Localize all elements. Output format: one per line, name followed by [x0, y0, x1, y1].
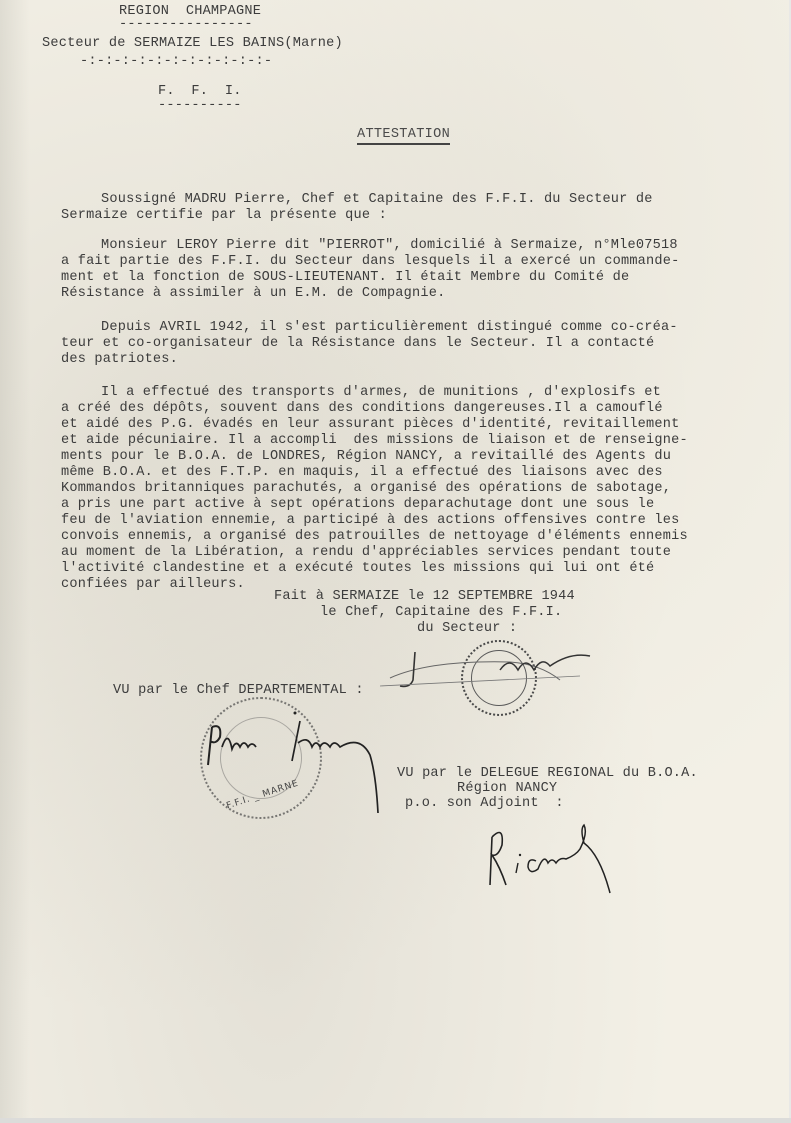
paragraph-1-line: a fait partie des F.F.I. du Secteur dans…: [61, 254, 679, 270]
region-rule: ----------------: [119, 17, 253, 33]
regional-approval-line: VU par le DELEGUE REGIONAL du B.O.A.: [397, 766, 698, 782]
paragraph-1-line: ment et la fonction de SOUS-LIEUTENANT. …: [61, 270, 629, 286]
org-rule: ----------: [158, 98, 242, 114]
paragraph-3-line: l'activité clandestine et a exécuté tout…: [61, 561, 654, 577]
paragraph-2-line: des patriotes.: [61, 352, 178, 368]
paragraph-3-line: ments pour le B.O.A. de LONDRES, Région …: [61, 449, 671, 465]
regional-region: Région NANCY: [457, 781, 557, 797]
document-title: ATTESTATION: [357, 127, 450, 145]
paragraph-1-line: Résistance à assimiler à un E.M. de Comp…: [61, 286, 445, 302]
intro-line: Soussigné MADRU Pierre, Chef et Capitain…: [101, 192, 653, 208]
sector-chief-signature: [370, 640, 610, 700]
paragraph-3-line: a pris une part active à sept opérations…: [61, 497, 654, 513]
paragraph-3-line: même B.O.A. et des F.T.P. en maquis, il …: [61, 465, 663, 481]
page-edge: [0, 1118, 791, 1123]
intro-line: Sermaize certifie par la présente que :: [61, 208, 387, 224]
regional-adjoint-signature: [470, 815, 650, 895]
paragraph-3-line: et aidé des P.G. évadés en leur assurant…: [61, 417, 679, 433]
departmental-approval-label: VU par le Chef DEPARTEMENTAL :: [113, 683, 364, 699]
regional-adjoint: p.o. son Adjoint :: [405, 796, 564, 812]
paragraph-3-line: et aide pécuniaire. Il a accompli des mi…: [61, 433, 688, 449]
signer-title: le Chef, Capitaine des F.F.I.: [320, 605, 562, 621]
sector-heading: Secteur de SERMAIZE LES BAINS(Marne): [42, 36, 343, 52]
departmental-chief-signature: [200, 705, 400, 815]
paragraph-2-line: Depuis AVRIL 1942, il s'est particulière…: [101, 320, 678, 336]
paragraph-3-line: au moment de la Libération, a rendu d'ap…: [61, 545, 671, 561]
document-page: REGION CHAMPAGNE ---------------- Secteu…: [0, 0, 789, 1118]
place-date: Fait à SERMAIZE le 12 SEPTEMBRE 1944: [274, 589, 575, 605]
paragraph-1-line: Monsieur LEROY Pierre dit "PIERROT", dom…: [101, 238, 678, 254]
paragraph-3-line: Il a effectué des transports d'armes, de…: [101, 385, 661, 401]
paragraph-2-line: teur et co-organisateur de la Résistance…: [61, 336, 654, 352]
paragraph-3-line: feu de l'aviation ennemie, a participé à…: [61, 513, 679, 529]
sector-rule: -:-:-:-:-:-:-:-:-:-:-:-: [80, 54, 272, 70]
paragraph-3-line: convois ennemis, a organisé des patrouil…: [61, 529, 688, 545]
paragraph-3-line: Kommandos britanniques parachutés, a org…: [61, 481, 671, 497]
signer-unit: du Secteur :: [417, 621, 517, 637]
paragraph-3-line: a créé des dépôts, souvent dans des cond…: [61, 401, 663, 417]
paragraph-3-line: confiées par ailleurs.: [61, 577, 245, 593]
